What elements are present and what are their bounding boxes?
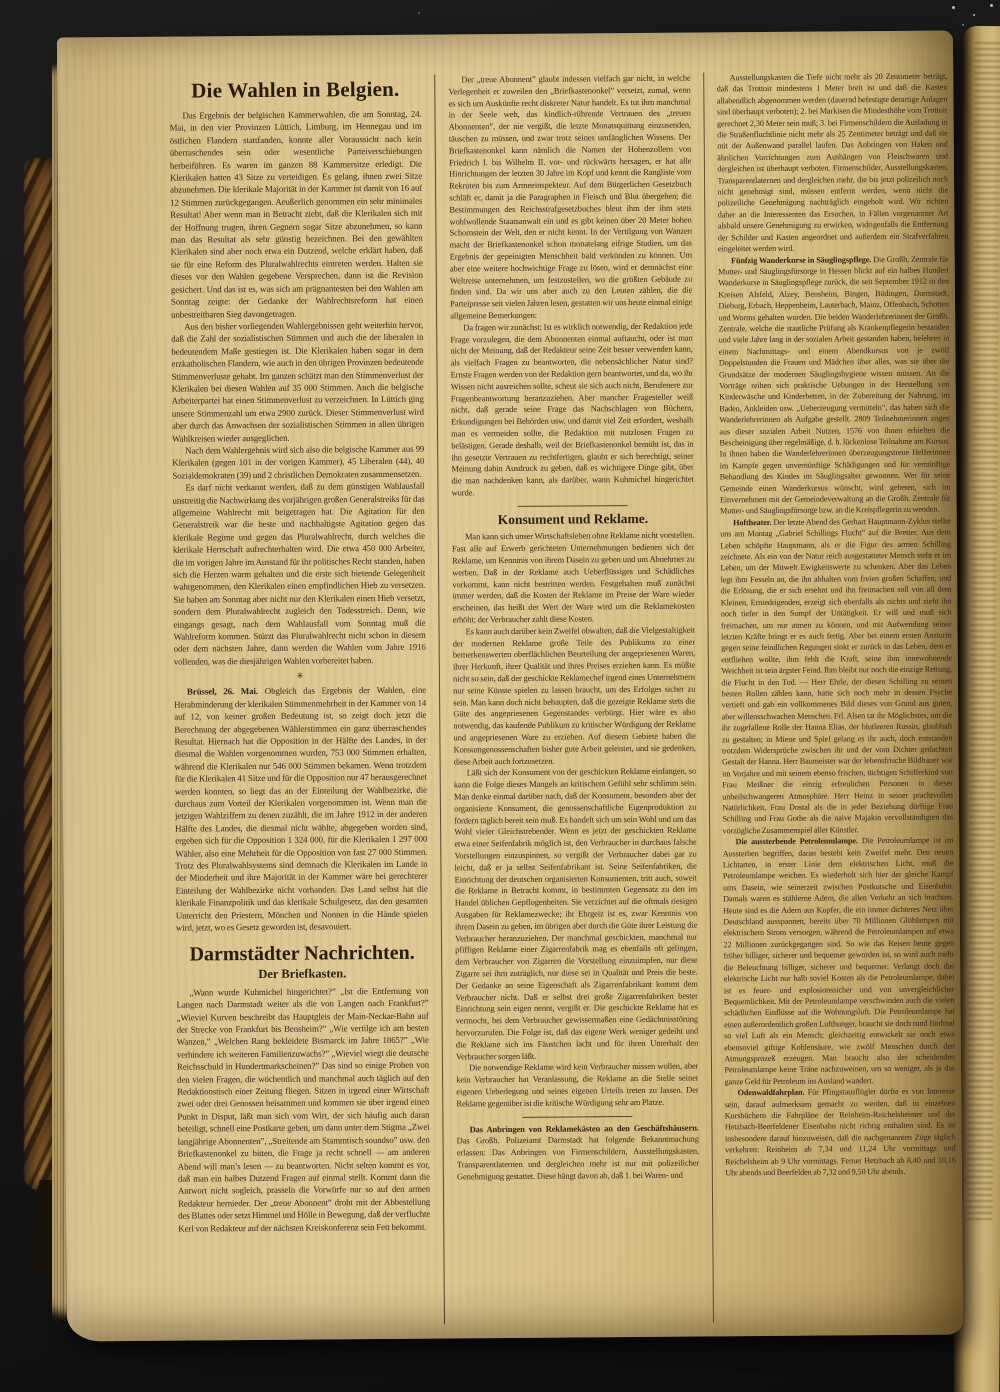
paragraph-reklamekaesten-fortsetzung: Ausstellungskasten die Tiefe nicht mehr … xyxy=(717,71,949,255)
paragraph-bruessel-text: Obgleich das Ergebnis der Wahlen, eine H… xyxy=(174,685,428,933)
lead-odenwaldfahrplan: Odenwaldfahrplan. xyxy=(738,1088,805,1098)
paragraph-reklame-2: Es kann auch darüber kein Zweifel obwalt… xyxy=(453,624,696,767)
paragraph-reklamekaesten-text: Das Großh. Polizeiamt Darmstadt hat folg… xyxy=(457,1134,700,1181)
paragraph-briefkasten-1: „Wann wurde Kuhmichel hingerichtet?” „Is… xyxy=(176,984,430,1234)
paragraph-petroleumlampe-text: Die Petroleumlampe ist im Aussterben beg… xyxy=(723,836,955,1086)
dust-speck xyxy=(952,6,955,9)
paragraph-wanderkurse: Fünfzig Wanderkurse in Säuglingspflege. … xyxy=(718,253,951,517)
column-right: Ausstellungskasten die Tiefe nicht mehr … xyxy=(704,71,957,1323)
page-content: Die Wahlen in Belgien. Das Ergebnis der … xyxy=(169,71,957,1327)
paragraph-petroleumlampe: Die aussterbende Petroleumlampe. Die Pet… xyxy=(723,835,956,1088)
photo-background: Die Wahlen in Belgien. Das Ergebnis der … xyxy=(0,0,1000,1392)
paragraph-odenwaldfahrplan: Odenwaldfahrplan. Für Pfingstausflügler … xyxy=(725,1086,956,1179)
dust-speck xyxy=(962,24,964,26)
paragraph-wanderkurse-text: Die Großh. Zentrale für Mutter- und Säug… xyxy=(718,254,950,516)
newspaper-page: Die Wahlen in Belgien. Das Ergebnis der … xyxy=(57,31,963,1342)
headline-darmstaedter-nachrichten: Darmstädter Nachrichten. xyxy=(176,942,428,967)
article-divider-rule xyxy=(523,1116,633,1118)
lead-petroleumlampe: Die aussterbende Petroleumlampe. xyxy=(736,836,858,846)
paragraph-odenwaldfahrplan-text: Für Pfingstausflügler dürfte es von Inte… xyxy=(725,1087,956,1178)
column-left: Die Wahlen in Belgien. Das Ergebnis der … xyxy=(169,75,431,1327)
paragraph-reklame-3: Läßt sich der Konsument von der geschick… xyxy=(454,766,699,1063)
next-page-blurred-text xyxy=(966,42,1000,1222)
dust-speck xyxy=(973,14,975,16)
paragraph-wahlen-4: Es darf nicht verkannt werden, daß zu de… xyxy=(172,480,426,668)
paragraph-hoftheater-text: Der letzte Abend des Gerhart Hauptmann-Z… xyxy=(720,516,953,835)
paragraph-reklame-4: Die notwendige Reklame wird kein Verbrau… xyxy=(456,1061,699,1110)
article-divider-rule xyxy=(518,505,628,507)
paragraph-reklame-1: Man kann sich unser Wirtschaftsleben ohn… xyxy=(452,530,695,626)
column-middle: Der „treue Abonnent” glaubt indessen vie… xyxy=(434,73,700,1325)
paragraph-wahlen-1: Das Ergebnis der belgischen Kammerwahlen… xyxy=(169,108,423,321)
crosshead-konsument-und-reklame: Konsument und Reklame. xyxy=(452,512,694,526)
paragraph-briefkasten-2: Der „treue Abonnent” glaubt indessen vie… xyxy=(448,73,692,323)
subhead-der-briefkasten: Der Briefkasten. xyxy=(176,967,428,981)
lead-reklamekaesten: Das Anbringen von Reklamekästen an den G… xyxy=(470,1122,699,1134)
paragraph-wahlen-3: Nach dem Wahlergebnis wird sich also die… xyxy=(172,443,424,482)
dust-speck xyxy=(990,4,993,7)
section-separator-ornament: ✳ xyxy=(174,669,426,683)
paragraph-bruessel: Brüssel, 26. Mai. Obgleich das Ergebnis … xyxy=(174,684,428,934)
dateline-bruessel: Brüssel, 26. Mai. xyxy=(187,686,258,697)
paragraph-reklamekaesten: Das Anbringen von Reklamekästen an den G… xyxy=(457,1122,700,1183)
paragraph-wahlen-2: Aus den bisher vorliegenden Wahlergebnis… xyxy=(171,319,424,445)
lead-wanderkurse: Fünfzig Wanderkurse in Säuglingspflege. xyxy=(731,255,871,265)
lead-hoftheater: Hoftheater. xyxy=(733,518,771,527)
dust-speck xyxy=(418,12,420,14)
headline-wahlen-in-belgien: Die Wahlen in Belgien. xyxy=(169,77,421,103)
paragraph-briefkasten-3: Da fragen wir zunächst: Ist es wirklich … xyxy=(450,320,694,499)
paragraph-hoftheater: Hoftheater. Der letzte Abend des Gerhart… xyxy=(720,515,953,836)
